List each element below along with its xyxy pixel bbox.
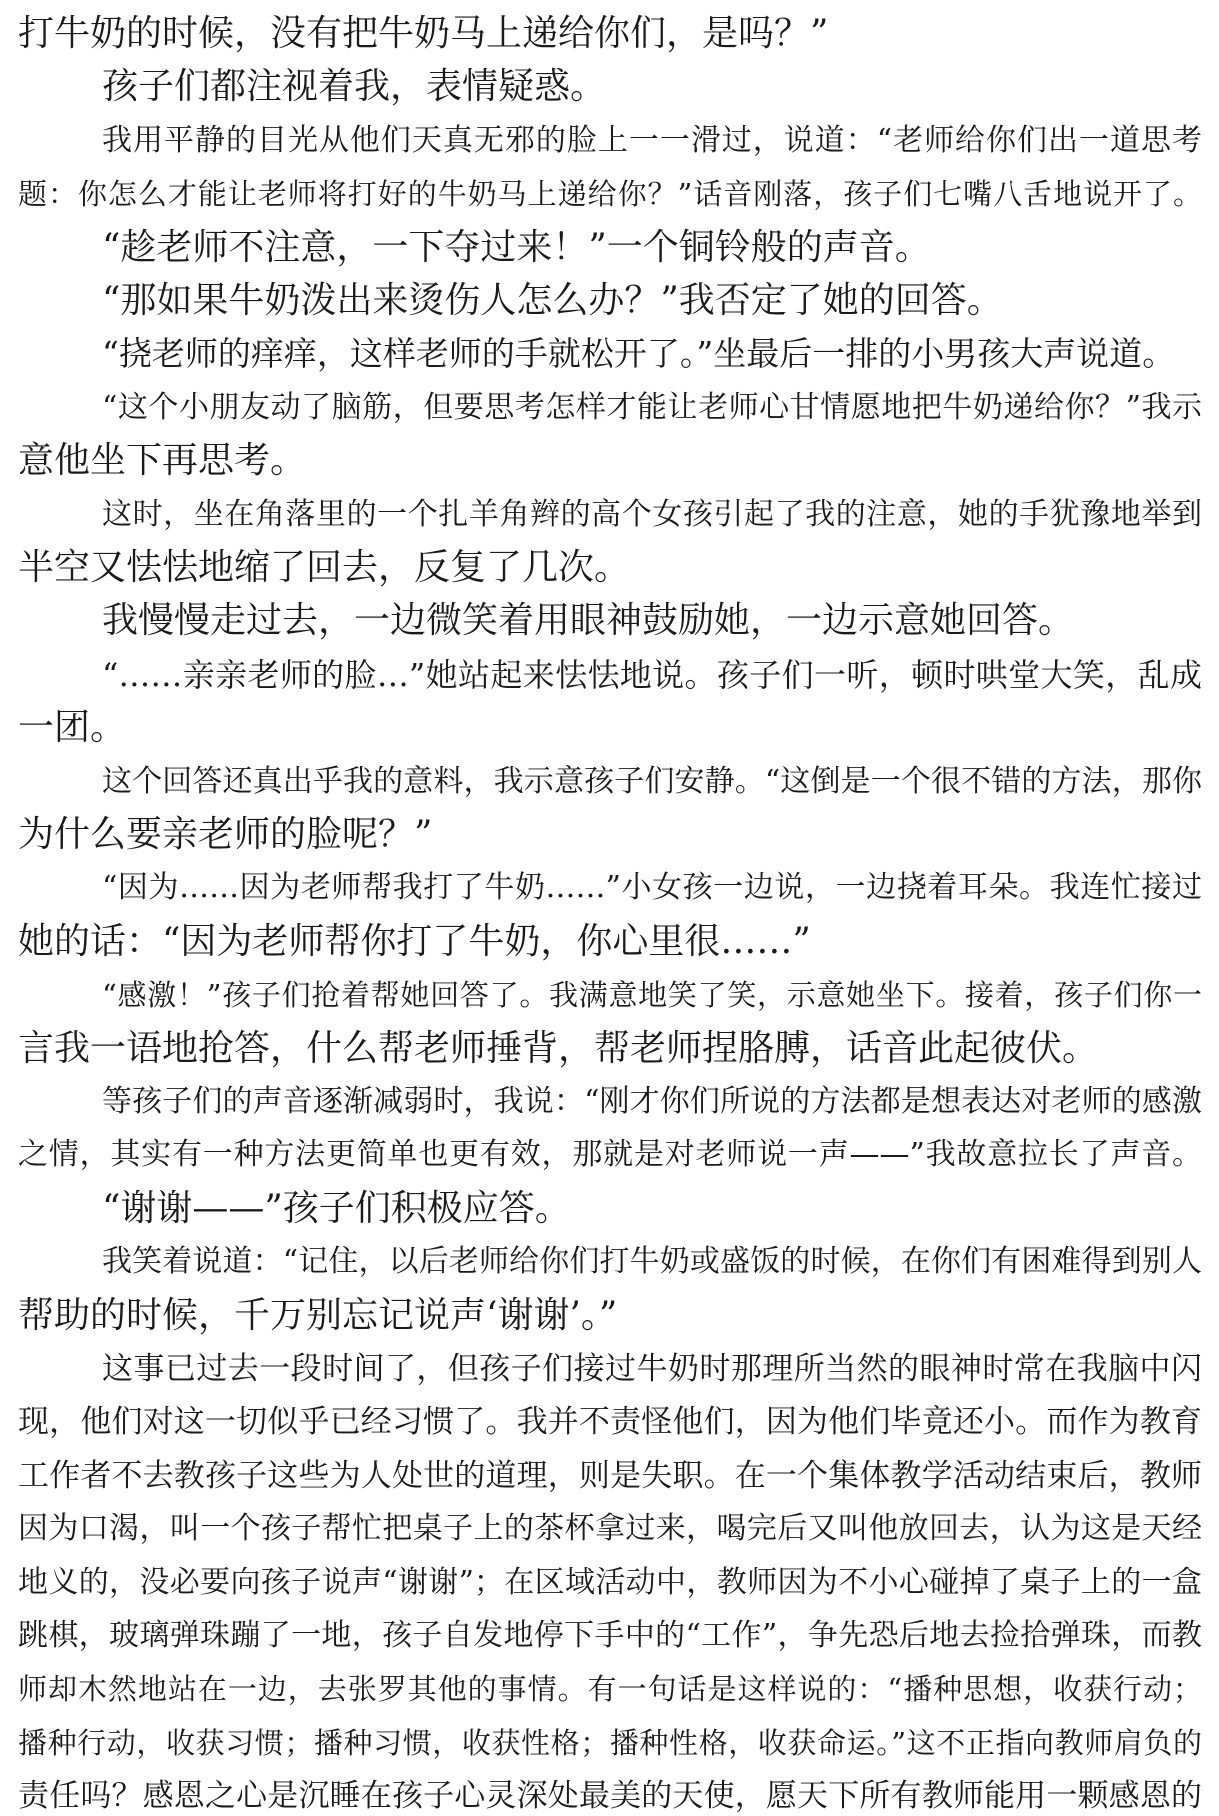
text-line: “谢谢——”孩子们积极应答。 — [18, 1184, 571, 1234]
text-line: 等孩子们的声音逐渐减弱时，我说：“刚才你们所说的方法都是想表达对老师的感激 — [18, 1077, 1202, 1127]
text-line: 我笑着说道：“记住，以后老师给你们打牛奶或盛饭的时候，在你们有困难得到别人 — [18, 1237, 1202, 1287]
text-line: 她的话：“因为老师帮你打了牛奶，你心里很……” — [18, 917, 811, 967]
text-line: 因为口渴，叫一个孩子帮忙把桌子上的茶杯拿过来，喝完后又叫他放回去，认为这是天经 — [18, 1504, 1202, 1554]
text-line: 地义的，没必要向孩子说声“谢谢”；在区域活动中，教师因为不小心碰掉了桌子上的一盒 — [18, 1558, 1202, 1608]
text-line: 为什么要亲老师的脸呢？” — [18, 810, 432, 860]
text-line: 言我一语地抢答，什么帮老师捶背，帮老师捏胳膊，话音此起彼伏。 — [18, 1024, 1098, 1074]
text-line: 题：你怎么才能让老师将打好的牛奶马上递给你？”话音刚落，孩子们七嘴八舌地说开了。 — [18, 169, 1202, 219]
text-line: “那如果牛奶泼出来烫伤人怎么办？”我否定了她的回答。 — [18, 276, 1003, 326]
text-line: 一团。 — [18, 703, 126, 753]
text-line: 跳棋，玻璃弹珠蹦了一地，孩子自发地停下手中的“工作”，争先恐后地去捡拾弹珠，而教 — [18, 1611, 1202, 1661]
text-line: 帮助的时候，千万别忘记说声‘谢谢’。” — [18, 1291, 617, 1341]
text-line: 我慢慢走过去，一边微笑着用眼神鼓励她，一边示意她回答。 — [18, 596, 1074, 646]
text-line: 半空又怯怯地缩了回去，反复了几次。 — [18, 543, 630, 593]
text-line: 我用平静的目光从他们天真无邪的脸上一一滑过，说道：“老师给你们出一道思考 — [18, 116, 1202, 166]
text-line: 这事已过去一段时间了，但孩子们接过牛奶时那理所当然的眼神时常在我脑中闪 — [18, 1344, 1202, 1394]
text-line: 孩子们都注视着我，表情疑惑。 — [18, 62, 606, 112]
text-line: 这个回答还真出乎我的意料，我示意孩子们安静。“这倒是一个很不错的方法，那你 — [18, 757, 1202, 807]
text-line: “这个小朋友动了脑筋，但要思考怎样才能让老师心甘情愿地把牛奶递给你？”我示 — [18, 383, 1202, 433]
text-line: “挠老师的痒痒，这样老师的手就松开了。”坐最后一排的小男孩大声说道。 — [18, 329, 1175, 379]
text-line: 这时，坐在角落里的一个扎羊角辫的高个女孩引起了我的注意，她的手犹豫地举到 — [18, 490, 1202, 540]
text-line: “感激！”孩子们抢着帮她回答了。我满意地笑了笑，示意她坐下。接着，孩子们你一 — [18, 970, 1202, 1020]
text-line: “……亲亲老师的脸…”她站起来怯怯地说。孩子们一听，顿时哄堂大笑，乱成 — [18, 650, 1202, 700]
text-line: 现，他们对这一切似乎已经习惯了。我并不责怪他们，因为他们毕竟还小。而作为教育 — [18, 1397, 1202, 1447]
text-line: “因为……因为老师帮我打了牛奶……”小女孩一边说，一边挠着耳朵。我连忙接过 — [18, 863, 1202, 913]
text-line: 责任吗？感恩之心是沉睡在孩子心灵深处最美的天使，愿天下所有教师能用一颗感恩的 — [18, 1771, 1202, 1816]
text-line: 播种行动，收获习惯；播种习惯，收获性格；播种性格，收获命运。”这不正指向教师肩负… — [18, 1718, 1202, 1768]
text-line: “趁老师不注意，一下夺过来！”一个铜铃般的声音。 — [18, 223, 931, 273]
text-line: 打牛奶的时候，没有把牛奶马上递给你们，是吗？” — [18, 9, 828, 59]
text-line: 师却木然地站在一边，去张罗其他的事情。有一句话是这样说的：“播种思想，收获行动； — [18, 1664, 1202, 1714]
text-line: 意他坐下再思考。 — [18, 436, 306, 486]
text-line: 工作者不去教孩子这些为人处世的道理，则是失职。在一个集体教学活动结束后，教师 — [18, 1451, 1202, 1501]
text-line: 之情，其实有一种方法更简单也更有效，那就是对老师说一声——”我故意拉长了声音。 — [18, 1130, 1202, 1180]
